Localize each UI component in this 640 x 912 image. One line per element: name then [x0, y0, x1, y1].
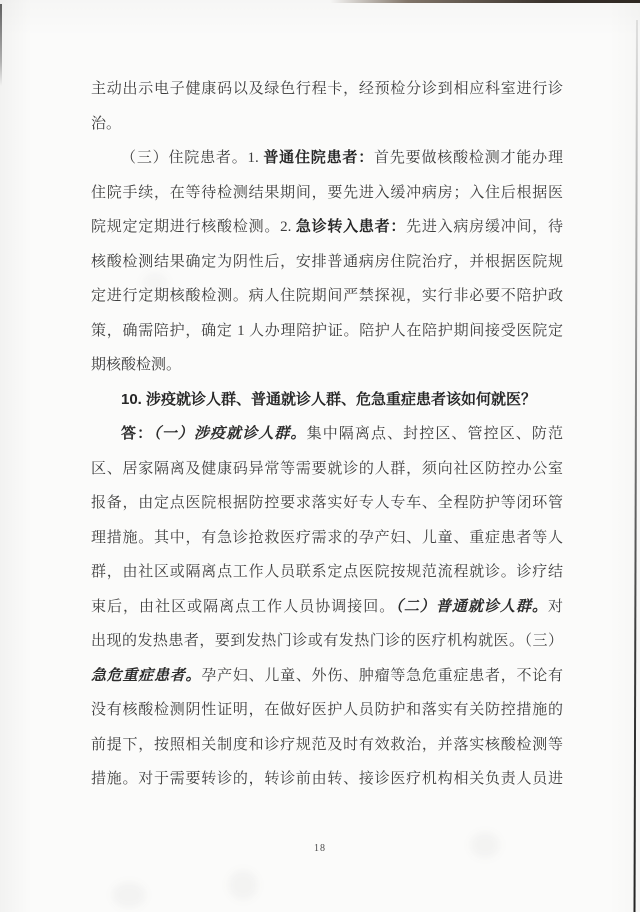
text-run-regular: （三）住院患者。1.: [121, 150, 263, 166]
text-run-regular: 群，由社区或隔离点工作人员联系定点医院按规范流程就诊。诊疗结: [91, 564, 563, 580]
paper-smudge: [112, 882, 146, 908]
text-run-regular: 报备，由定点医院根据防控要求落实好专人专车、全程防护等闭环管: [91, 495, 563, 511]
text-run-regular: 核酸检测结果确定为阴性后，安排普通病房住院治疗，并根据医院规: [91, 254, 563, 270]
text-run-regular: 期核酸检测。: [91, 357, 181, 373]
scan-edge-right: [634, 20, 638, 912]
text-run-bold: 急诊转入患者：: [296, 218, 406, 235]
paper-smudge: [228, 870, 258, 900]
text-line: 住院手续，在等待检测结果期间，要先进入缓冲病房；入住后根据医: [91, 176, 563, 211]
text-run-regular: 主动出示电子健康码以及绿色行程卡，经预检分诊到相应科室进行诊: [91, 81, 563, 97]
text-run-regular: 对: [548, 599, 563, 615]
text-run-regular: 集中隔离点、封控区、管控区、防范: [307, 426, 563, 442]
text-run-bold-italic: （一）涉疫就诊人群。: [153, 426, 306, 442]
text-run-regular: 先进入病房缓冲间，待: [406, 219, 563, 235]
text-run-regular: 出现的发热患者，要到发热门诊或有发热门诊的医疗机构就医。（三）: [91, 633, 563, 649]
text-line: 没有核酸检测阴性证明，在做好医护人员防护和落实有关防控措施的: [91, 693, 563, 728]
text-line: 定进行定期核酸检测。病人住院期间严禁探视，实行非必要不陪护政: [91, 279, 563, 314]
page-number: 18: [0, 843, 640, 854]
text-line: 院规定定期进行核酸检测。2. 急诊转入患者：先进入病房缓冲间，待: [91, 210, 563, 245]
text-line: 核酸检测结果确定为阴性后，安排普通病房住院治疗，并根据医院规: [91, 245, 563, 280]
text-run-bold: 10. 涉疫就诊人群、普通就诊人群、危急重症患者该如何就医？: [121, 391, 536, 408]
document-body: 主动出示电子健康码以及绿色行程卡，经预检分诊到相应科室进行诊治。（三）住院患者。…: [91, 72, 563, 797]
text-line: （三）住院患者。1. 普通住院患者：首先要做核酸检测才能办理: [91, 141, 563, 176]
text-run-regular: 束后，由社区或隔离点工作人员协调接回。: [91, 599, 395, 615]
text-line: 主动出示电子健康码以及绿色行程卡，经预检分诊到相应科室进行诊: [91, 72, 563, 107]
text-run-bold-italic: 急危重症患者。: [91, 668, 201, 684]
text-line: 急危重症患者。孕产妇、儿童、外伤、肿瘤等急危重症患者，不论有: [91, 659, 563, 694]
text-line: 治。: [91, 107, 563, 142]
document-page: 主动出示电子健康码以及绿色行程卡，经预检分诊到相应科室进行诊治。（三）住院患者。…: [0, 0, 640, 912]
text-line: 束后，由社区或隔离点工作人员协调接回。（二）普通就诊人群。对: [91, 590, 563, 625]
text-run-regular: 没有核酸检测阴性证明，在做好医护人员防护和落实有关防控措施的: [91, 702, 563, 718]
text-line: 答：（一）涉疫就诊人群。集中隔离点、封控区、管控区、防范: [91, 417, 563, 452]
text-line: 措施。对于需要转诊的，转诊前由转、接诊医疗机构相关负责人员进: [91, 762, 563, 797]
text-run-bold: 普通住院患者：: [263, 149, 374, 166]
text-run-regular: 策，确需陪护，确定 1 人办理陪护证。陪护人在陪护期间接受医院定: [91, 323, 563, 339]
text-line: 期核酸检测。: [91, 348, 563, 383]
text-run-bold-italic: （二）普通就诊人群。: [395, 599, 548, 615]
text-run-regular: 定进行定期核酸检测。病人住院期间严禁探视，实行非必要不陪护政: [91, 288, 563, 304]
scan-edge-left: [0, 4, 2, 86]
text-run-regular: 首先要做核酸检测才能办理: [374, 150, 563, 166]
text-line: 群，由社区或隔离点工作人员联系定点医院按规范流程就诊。诊疗结: [91, 555, 563, 590]
text-line: 报备，由定点医院根据防控要求落实好专人专车、全程防护等闭环管: [91, 486, 563, 521]
text-run-regular: 措施。对于需要转诊的，转诊前由转、接诊医疗机构相关负责人员进: [91, 771, 563, 787]
text-line: 前提下，按照相关制度和诊疗规范及时有效救治，并落实核酸检测等: [91, 728, 563, 763]
text-run-regular: 区、居家隔离及健康码异常等需要就诊的人群，须向社区防控办公室: [91, 461, 563, 477]
text-line: 策，确需陪护，确定 1 人办理陪护证。陪护人在陪护期间接受医院定: [91, 314, 563, 349]
text-run-regular: 院规定定期进行核酸检测。2.: [91, 219, 296, 235]
scan-edge-top: [330, 0, 640, 3]
text-line: 10. 涉疫就诊人群、普通就诊人群、危急重症患者该如何就医？: [91, 383, 563, 418]
text-run-regular: 理措施。其中，有急诊抢救医疗需求的孕产妇、儿童、重症患者等人: [91, 530, 563, 546]
text-run-bold: 答：: [121, 425, 153, 442]
text-line: 出现的发热患者，要到发热门诊或有发热门诊的医疗机构就医。（三）: [91, 624, 563, 659]
text-line: 区、居家隔离及健康码异常等需要就诊的人群，须向社区防控办公室: [91, 452, 563, 487]
text-run-regular: 住院手续，在等待检测结果期间，要先进入缓冲病房；入住后根据医: [91, 185, 563, 201]
text-run-regular: 孕产妇、儿童、外伤、肿瘤等急危重症患者，不论有: [201, 668, 563, 684]
text-run-regular: 治。: [91, 116, 121, 132]
text-run-regular: 前提下，按照相关制度和诊疗规范及时有效救治，并落实核酸检测等: [91, 737, 563, 753]
text-line: 理措施。其中，有急诊抢救医疗需求的孕产妇、儿童、重症患者等人: [91, 521, 563, 556]
